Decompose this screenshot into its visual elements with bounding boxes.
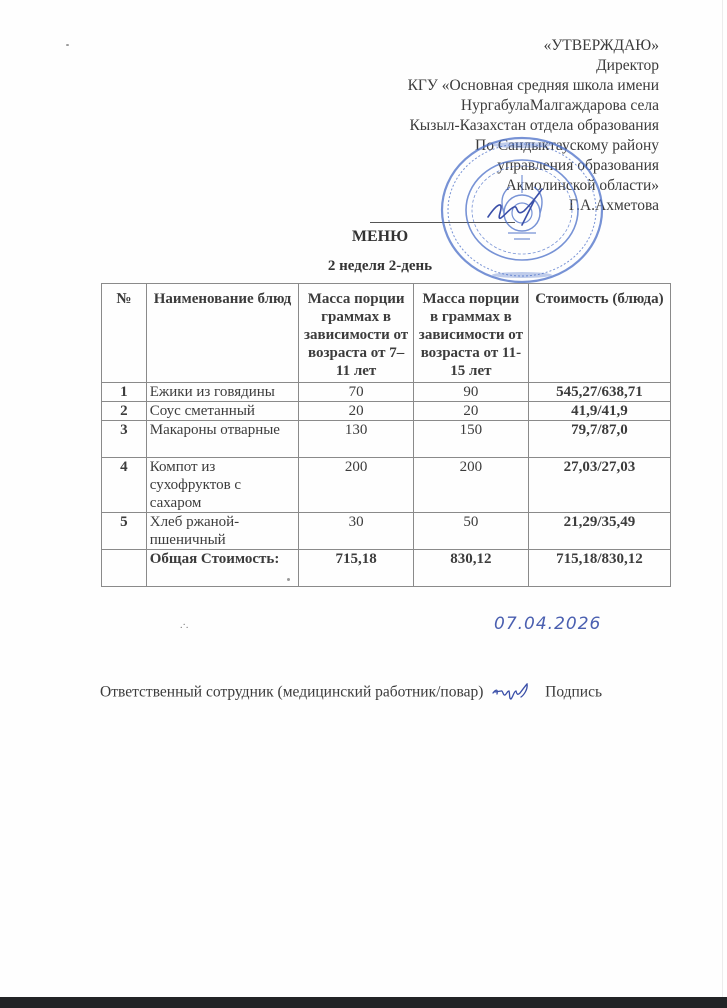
mass-7-11: 30 xyxy=(299,513,414,550)
handwritten-date: 07.04.2026 xyxy=(494,614,601,634)
mass-7-11: 20 xyxy=(299,402,414,421)
scan-edge xyxy=(722,0,723,997)
mass-7-11: 70 xyxy=(299,383,414,402)
mass-11-15: 20 xyxy=(414,402,529,421)
dish-cost: 27,03/27,03 xyxy=(528,458,670,513)
total-7-11: 715,18 xyxy=(299,550,414,587)
responsible-label: Ответственный сотрудник (медицинский раб… xyxy=(100,684,483,701)
total-label: Общая Стоимость: xyxy=(146,550,298,587)
header-cost: Стоимость (блюда) xyxy=(528,284,670,383)
dish-cost: 545,27/638,71 xyxy=(528,383,670,402)
mass-11-15: 200 xyxy=(414,458,529,513)
mass-7-11: 130 xyxy=(299,421,414,458)
mass-11-15: 50 xyxy=(414,513,529,550)
dish-name: Ежики из говядины xyxy=(146,383,298,402)
mass-11-15: 90 xyxy=(414,383,529,402)
table-row: 4 Компот из сухофруктов с сахаром 200 20… xyxy=(102,458,671,513)
header-dish-name: Наименование блюд xyxy=(146,284,298,383)
total-number-cell xyxy=(102,550,147,587)
row-number: 4 xyxy=(102,458,147,513)
signature-label: Подпись xyxy=(545,684,602,701)
header-mass-7-11: Масса порции граммах в зависимости от во… xyxy=(299,284,414,383)
table-header-row: № Наименование блюд Масса порции граммах… xyxy=(102,284,671,383)
dish-name: Соус сметанный xyxy=(146,402,298,421)
scan-speck xyxy=(287,578,290,581)
page-title: МЕНЮ xyxy=(0,228,727,246)
dish-name: Компот из сухофруктов с сахаром xyxy=(146,458,298,513)
total-cost: 715,18/830,12 xyxy=(528,550,670,587)
dish-cost: 79,7/87,0 xyxy=(528,421,670,458)
approval-line: Кызыл-Казахстан отдела образования xyxy=(408,116,659,136)
responsible-signature-line: Ответственный сотрудник (медицинский раб… xyxy=(100,683,602,703)
header-mass-11-15: Масса порции в граммах в зависимости от … xyxy=(414,284,529,383)
approval-line: КГУ «Основная средняя школа имени xyxy=(408,76,659,96)
total-11-15: 830,12 xyxy=(414,550,529,587)
scanner-bottom-band xyxy=(0,997,727,1008)
row-number: 1 xyxy=(102,383,147,402)
dish-cost: 21,29/35,49 xyxy=(528,513,670,550)
dish-name: Хлеб ржаной-пшеничный xyxy=(146,513,298,550)
dish-name: Макароны отварные xyxy=(146,421,298,458)
scan-speck xyxy=(66,44,69,46)
table-total-row: Общая Стоимость: 715,18 830,12 715,18/83… xyxy=(102,550,671,587)
table-row: 3 Макароны отварные 130 150 79,7/87,0 xyxy=(102,421,671,458)
scan-speck: .·. xyxy=(180,620,188,631)
approval-line: НургабулаМалгаждарова села xyxy=(408,96,659,116)
header-number: № xyxy=(102,284,147,383)
row-number: 2 xyxy=(102,402,147,421)
approval-heading: «УТВЕРЖДАЮ» xyxy=(408,36,659,56)
page-subtitle: 2 неделя 2-день xyxy=(0,258,727,275)
table-row: 5 Хлеб ржаной-пшеничный 30 50 21,29/35,4… xyxy=(102,513,671,550)
menu-table: № Наименование блюд Масса порции граммах… xyxy=(101,283,671,587)
mass-11-15: 150 xyxy=(414,421,529,458)
table-row: 1 Ежики из говядины 70 90 545,27/638,71 xyxy=(102,383,671,402)
row-number: 5 xyxy=(102,513,147,550)
mass-7-11: 200 xyxy=(299,458,414,513)
row-number: 3 xyxy=(102,421,147,458)
document-page: «УТВЕРЖДАЮ» Директор КГУ «Основная средн… xyxy=(0,0,727,997)
dish-cost: 41,9/41,9 xyxy=(528,402,670,421)
table-row: 2 Соус сметанный 20 20 41,9/41,9 xyxy=(102,402,671,421)
approval-line: Директор xyxy=(408,56,659,76)
handwritten-signature-icon xyxy=(491,683,535,703)
